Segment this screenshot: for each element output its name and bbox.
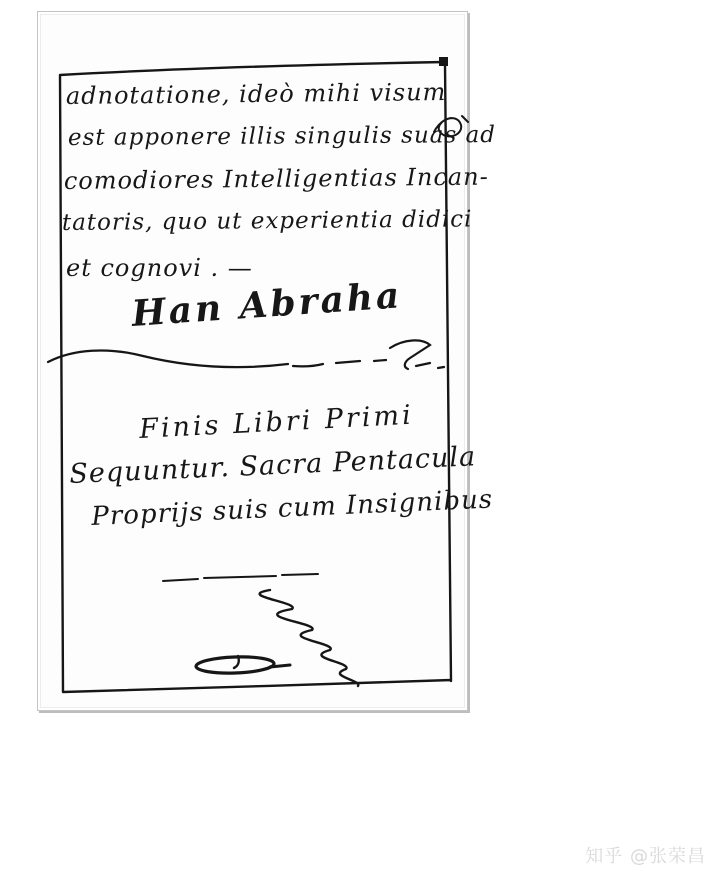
manuscript-line: comodiores Intelligentias Incan- — [64, 165, 489, 193]
hand-drawn-border — [60, 62, 451, 692]
spiral-flourish — [234, 590, 358, 686]
manuscript-flourishes — [38, 12, 469, 712]
colophon-line: Proprijs suis cum Insignibus — [91, 486, 494, 530]
manuscript-line: est apponere illis singulis suas ad — [68, 124, 496, 150]
spiral-base-tail — [270, 665, 290, 667]
separator-dashed-line — [163, 574, 318, 581]
watermark: 知乎 @张荣昌 — [585, 842, 706, 868]
corner-dot — [439, 57, 448, 66]
manuscript-line: tatoris, quo ut experientia didici — [62, 208, 473, 235]
manuscript-line: adnotatione, ideò mihi visum — [66, 80, 447, 108]
manuscript-scan: adnotatione, ideò mihi visum est apponer… — [37, 11, 468, 711]
page: { "colors": { "ink": "#171717", "paper":… — [0, 0, 720, 889]
colophon-line: Sequuntur. Sacra Pentacula — [69, 443, 477, 488]
colophon-line: Finis Libri Primi — [139, 402, 415, 443]
spiral-base-ellipse — [196, 656, 275, 675]
manuscript-line: et cognovi . — — [66, 256, 253, 280]
signature-underline-flourish — [48, 340, 444, 369]
signature-line: Han Abraha — [130, 277, 403, 332]
